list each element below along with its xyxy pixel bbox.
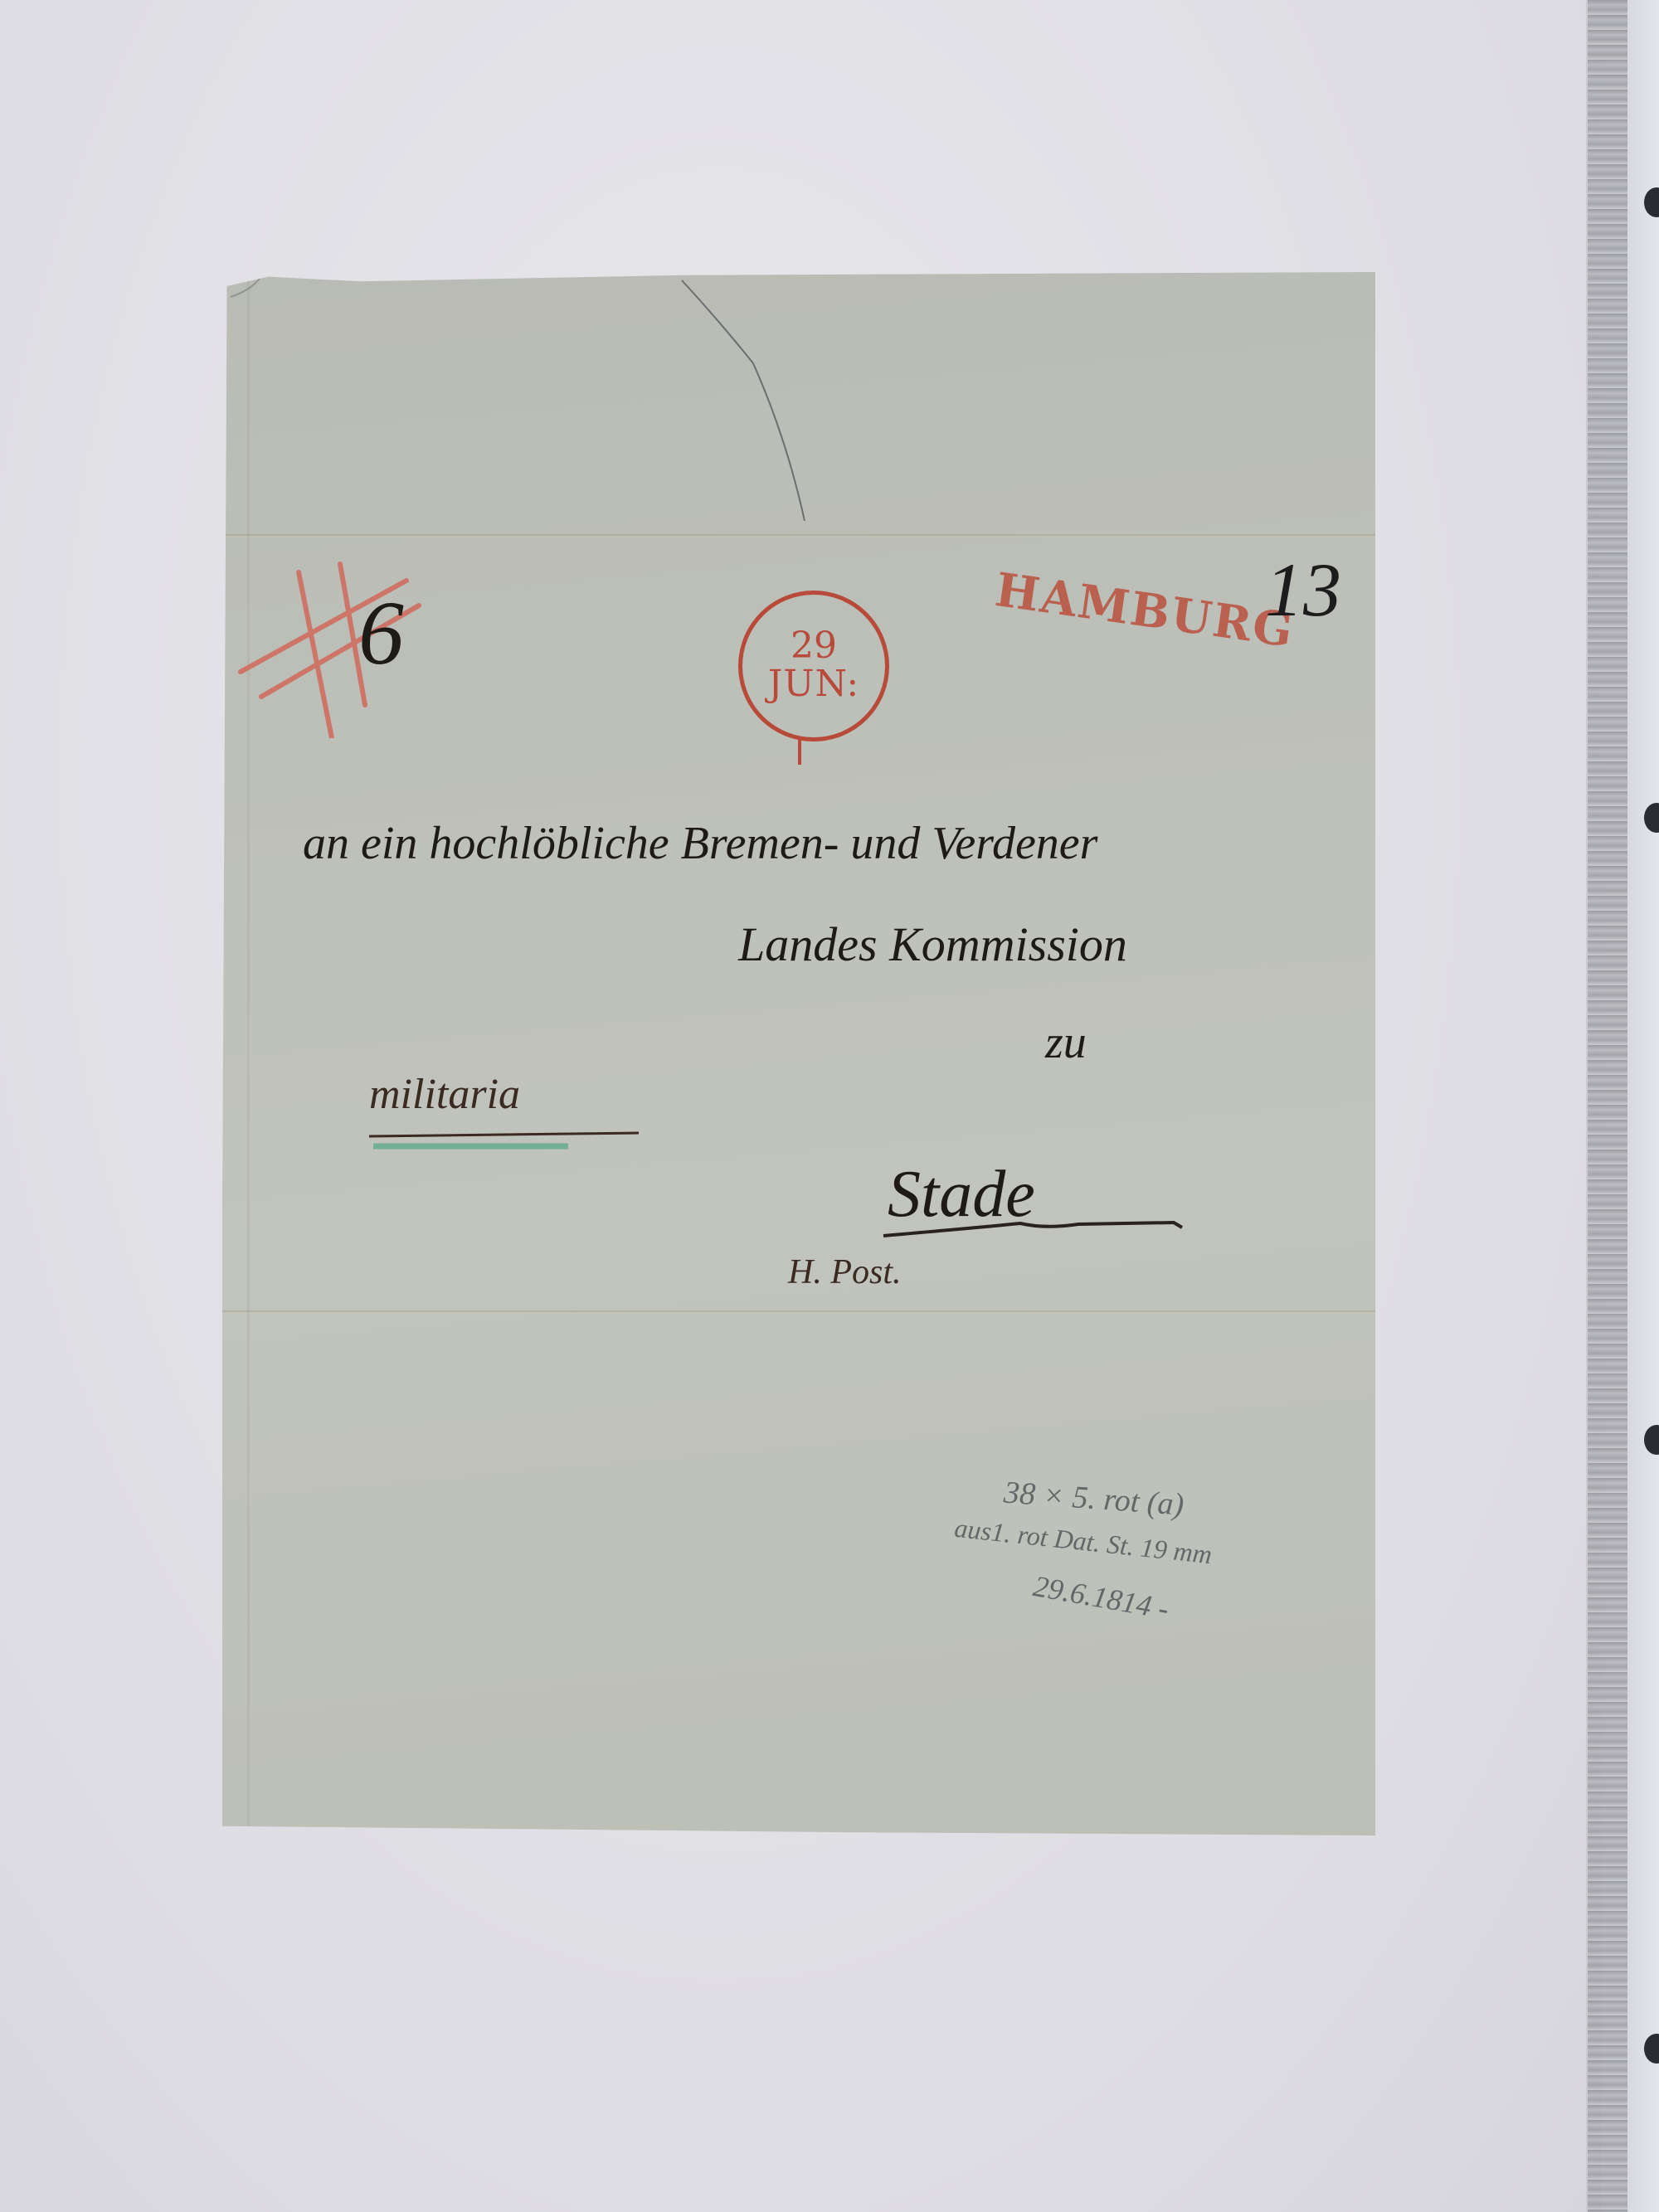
militaria-note: militaria <box>369 1070 520 1119</box>
postmark-day: 29 <box>791 628 837 664</box>
address-line-3: zu <box>1045 1016 1087 1069</box>
sleeve-edge <box>1586 0 1629 2212</box>
charge-mark: 6 <box>358 581 404 686</box>
postmark-month: JUN: <box>768 664 859 704</box>
destination-underline <box>879 1211 1186 1244</box>
folded-letter <box>222 272 1375 1835</box>
address-line-2: Landes Kommission <box>738 916 1127 972</box>
sleeve-strip <box>1627 0 1659 2212</box>
rate-mark: 13 <box>1265 546 1341 634</box>
pencil-crack-line <box>222 272 1375 1835</box>
date-postmark: 29 JUN: <box>738 591 889 741</box>
routing-note: H. Post. <box>788 1252 902 1292</box>
postmark-ink-drip <box>798 740 801 765</box>
address-line-1: an ein hochlöbliche Bremen- und Verdener <box>303 817 1097 870</box>
militaria-underline <box>365 1128 647 1161</box>
